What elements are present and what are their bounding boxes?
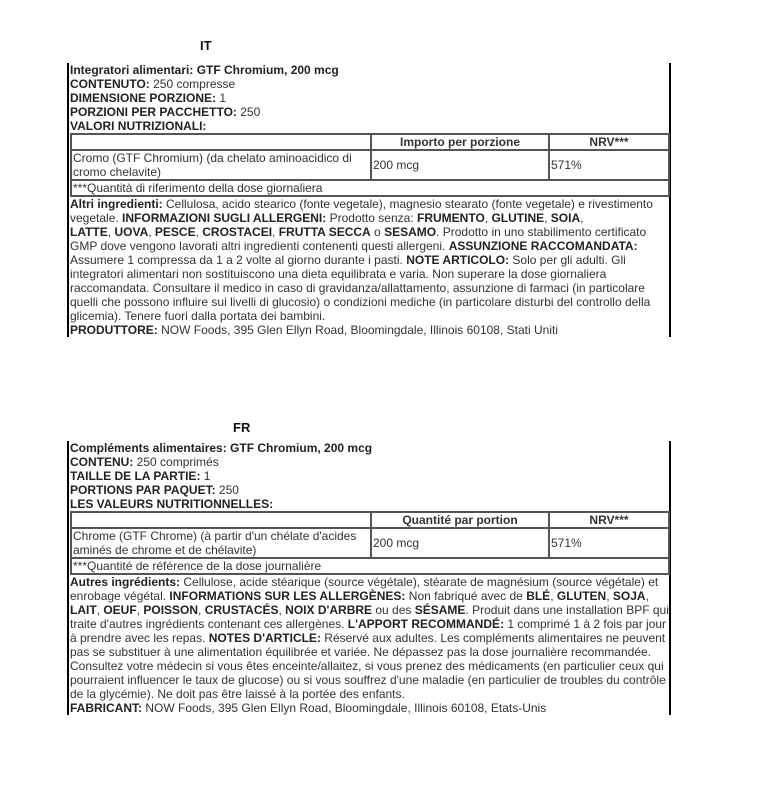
- text-segment: ,: [550, 589, 557, 603]
- bold-label: OEUF: [103, 603, 136, 617]
- text-segment: Assumere 1 compressa da 1 a 2 volte al g…: [70, 253, 406, 267]
- body-text-line: FABRICANT: NOW Foods, 395 Glen Ellyn Roa…: [69, 701, 669, 715]
- nutrient-cell: Cromo (GTF Chromium) (da chelato aminoac…: [71, 150, 371, 180]
- bold-label: FRUMENTO: [417, 211, 485, 225]
- table-row: Chrome (GTF Chrome) (à partir d'un chéla…: [71, 528, 669, 558]
- text-segment: GMP dove vengono lavorati altri ingredie…: [70, 239, 449, 253]
- column-header-nutrient: [71, 512, 371, 528]
- amount-cell: 200 mcg: [371, 528, 549, 558]
- body-text-line: traite d'autres ingrédients contenant ce…: [69, 617, 669, 631]
- bold-label: SESAMO: [384, 225, 436, 239]
- text-segment: 1 comprimé 1 à 2 fois par jour: [504, 617, 666, 631]
- fact-value: 250 compresse: [153, 77, 235, 91]
- product-title: Compléments alimentaires: GTF Chromium, …: [69, 441, 669, 455]
- fact-line-contents: CONTENUTO: 250 compresse: [69, 77, 669, 91]
- fact-value: 1: [219, 91, 226, 105]
- ingredients-and-notes: Altri ingredienti: Cellulosa, acido stea…: [69, 197, 669, 337]
- text-segment: ,: [272, 225, 279, 239]
- label-section-fr: Compléments alimentaires: GTF Chromium, …: [67, 441, 671, 715]
- footnote-cell: ***Quantité de référence de la dose jour…: [71, 558, 669, 574]
- footnote-cell: ***Quantità di riferimento della dose gi…: [71, 180, 669, 196]
- bold-label: FRUTTA SECCA: [279, 225, 371, 239]
- body-text-line: vegetale. INFORMAZIONI SUGLI ALLERGENI: …: [69, 211, 669, 225]
- body-text-line: LATTE, UOVA, PESCE, CROSTACEI, FRUTTA SE…: [69, 225, 669, 239]
- bold-label: INFORMATIONS SUR LES ALLERGÈNES:: [169, 589, 405, 603]
- bold-label: INFORMAZIONI SUGLI ALLERGENI:: [122, 211, 326, 225]
- fact-line-servings-per-pack: PORZIONI PER PACCHETTO: 250: [69, 105, 669, 119]
- nutrition-heading: LES VALEURS NUTRITIONNELLES:: [69, 497, 669, 511]
- bold-label: LAIT: [70, 603, 97, 617]
- fact-value: 250: [240, 105, 260, 119]
- nutrition-table: Importo per porzione NRV*** Cromo (GTF C…: [70, 133, 670, 197]
- table-footnote-row: ***Quantità di riferimento della dose gi…: [71, 180, 669, 196]
- bold-label: Autres ingrédients:: [70, 575, 180, 589]
- text-segment: pas se substituer à une alimentation équ…: [70, 645, 651, 659]
- fact-label: CONTENUTO:: [70, 77, 150, 91]
- body-text-line: glicemia). Tenere fuori dalla portata de…: [69, 309, 669, 323]
- bold-label: FABRICANT:: [70, 701, 142, 715]
- bold-label: UOVA: [114, 225, 148, 239]
- fact-label: PORTIONS PAR PAQUET:: [70, 483, 216, 497]
- text-segment: . Produit dans une installation BPF qui: [465, 603, 668, 617]
- bold-label: CRUSTACÉS: [205, 603, 279, 617]
- fact-line-contents: CONTENU: 250 comprimés: [69, 455, 669, 469]
- product-title: Integratori alimentari: GTF Chromium, 20…: [69, 63, 669, 77]
- body-text-line: Consultez votre médecin si vous êtes enc…: [69, 659, 669, 673]
- text-segment: NOW Foods, 395 Glen Ellyn Road, Blooming…: [142, 701, 546, 715]
- language-heading-it: IT: [200, 38, 212, 54]
- bold-label: PRODUTTORE:: [70, 323, 158, 337]
- fact-line-servings-per-pack: PORTIONS PAR PAQUET: 250: [69, 483, 669, 497]
- text-segment: Consultez votre médecin si vous êtes enc…: [70, 659, 664, 673]
- ingredients-and-notes: Autres ingrédients: Cellulose, acide sté…: [69, 575, 669, 715]
- bold-label: SOJA: [613, 589, 646, 603]
- fact-label: CONTENU:: [70, 455, 133, 469]
- text-segment: ou des: [372, 603, 415, 617]
- bold-label: BLÉ: [526, 589, 550, 603]
- bold-label: ASSUNZIONE RACCOMANDATA:: [449, 239, 638, 253]
- bold-label: NOIX D'ARBRE: [285, 603, 372, 617]
- fact-line-serving-size: TAILLE DE LA PARTIE: 1: [69, 469, 669, 483]
- bold-label: Altri ingredienti:: [70, 197, 163, 211]
- text-segment: à prendre avec les repas.: [70, 631, 209, 645]
- nrv-cell: 571%: [549, 528, 669, 558]
- fact-line-serving-size: DIMENSIONE PORZIONE: 1: [69, 91, 669, 105]
- text-segment: Prodotto senza:: [326, 211, 417, 225]
- text-segment: pourraient influencer le taux de glucose…: [70, 673, 666, 687]
- text-segment: glicemia). Tenere fuori dalla portata de…: [70, 309, 325, 323]
- text-segment: enrobage végétal.: [70, 589, 169, 603]
- body-text-line: GMP dove vengono lavorati altri ingredie…: [69, 239, 669, 253]
- column-header-amount: Importo per porzione: [371, 134, 549, 150]
- table-footnote-row: ***Quantité de référence de la dose jour…: [71, 558, 669, 574]
- text-segment: Non fabriqué avec de: [405, 589, 526, 603]
- bold-label: NOTE ARTICOLO:: [406, 253, 509, 267]
- language-heading-fr: FR: [233, 420, 250, 436]
- bold-label: PESCE: [155, 225, 196, 239]
- bold-label: SOIA: [551, 211, 580, 225]
- body-text-line: de la glycémie). Ne doit pas être laissé…: [69, 687, 669, 701]
- text-segment: traite d'autres ingrédients contenant ce…: [70, 617, 348, 631]
- bold-label: POISSON: [143, 603, 198, 617]
- bold-label: CROSTACEI: [202, 225, 272, 239]
- table-header-row: Importo per porzione NRV***: [71, 134, 669, 150]
- table-header-row: Quantité par portion NRV***: [71, 512, 669, 528]
- body-text-line: PRODUTTORE: NOW Foods, 395 Glen Ellyn Ro…: [69, 323, 669, 337]
- fact-value: 1: [204, 469, 211, 483]
- column-header-amount: Quantité par portion: [371, 512, 549, 528]
- column-header-nutrient: [71, 134, 371, 150]
- text-segment: quelli che possono influire sui livelli …: [70, 295, 650, 309]
- fact-label: DIMENSIONE PORZIONE:: [70, 91, 216, 105]
- nrv-cell: 571%: [549, 150, 669, 180]
- text-segment: de la glycémie). Ne doit pas être laissé…: [70, 687, 405, 701]
- body-text-line: Assumere 1 compressa da 1 a 2 volte al g…: [69, 253, 669, 267]
- bold-label: GLUTINE: [491, 211, 544, 225]
- text-segment: Cellulose, acide stéarique (source végét…: [180, 575, 658, 589]
- label-section-it: Integratori alimentari: GTF Chromium, 20…: [67, 63, 671, 337]
- body-text-line: integratori alimentari non sostituiscono…: [69, 267, 669, 281]
- body-text-line: pas se substituer à une alimentation équ…: [69, 645, 669, 659]
- fact-label: PORZIONI PER PACCHETTO:: [70, 105, 237, 119]
- text-segment: Cellulosa, acido stearico (fonte vegetal…: [163, 197, 653, 211]
- amount-cell: 200 mcg: [371, 150, 549, 180]
- nutrition-table: Quantité par portion NRV*** Chrome (GTF …: [70, 511, 670, 575]
- column-header-nrv: NRV***: [549, 512, 669, 528]
- body-text-line: quelli che possono influire sui livelli …: [69, 295, 669, 309]
- text-segment: ,: [606, 589, 613, 603]
- fact-value: 250: [219, 483, 239, 497]
- text-segment: ,: [646, 589, 649, 603]
- text-segment: NOW Foods, 395 Glen Ellyn Road, Blooming…: [158, 323, 558, 337]
- body-text-line: pourraient influencer le taux de glucose…: [69, 673, 669, 687]
- table-row: Cromo (GTF Chromium) (da chelato aminoac…: [71, 150, 669, 180]
- nutrition-heading: VALORI NUTRIZIONALI:: [69, 119, 669, 133]
- column-header-nrv: NRV***: [549, 134, 669, 150]
- text-segment: . Prodotto in uno stabilimento certifica…: [436, 225, 646, 239]
- bold-label: L'APPORT RECOMMANDÉ:: [348, 617, 504, 631]
- text-segment: o: [371, 225, 384, 239]
- bold-label: GLUTEN: [557, 589, 606, 603]
- body-text-line: enrobage végétal. INFORMATIONS SUR LES A…: [69, 589, 669, 603]
- text-segment: raccomandata. Consultare il medico in ca…: [70, 281, 645, 295]
- body-text-line: LAIT, OEUF, POISSON, CRUSTACÉS, NOIX D'A…: [69, 603, 669, 617]
- text-segment: ,: [148, 225, 155, 239]
- nutrient-cell: Chrome (GTF Chrome) (à partir d'un chéla…: [71, 528, 371, 558]
- body-text-line: à prendre avec les repas. NOTES D'ARTICL…: [69, 631, 669, 645]
- text-segment: Solo per gli adulti. Gli: [509, 253, 626, 267]
- fact-label: TAILLE DE LA PARTIE:: [70, 469, 200, 483]
- text-segment: Réservé aux adultes. Les compléments ali…: [321, 631, 665, 645]
- text-segment: ,: [580, 211, 583, 225]
- text-segment: ,: [198, 603, 205, 617]
- bold-label: LATTE: [70, 225, 108, 239]
- body-text-line: Autres ingrédients: Cellulose, acide sté…: [69, 575, 669, 589]
- fact-value: 250 comprimés: [137, 455, 219, 469]
- bold-label: SÉSAME: [415, 603, 466, 617]
- bold-label: NOTES D'ARTICLE:: [209, 631, 321, 645]
- text-segment: vegetale.: [70, 211, 122, 225]
- text-segment: ,: [544, 211, 551, 225]
- body-text-line: raccomandata. Consultare il medico in ca…: [69, 281, 669, 295]
- text-segment: integratori alimentari non sostituiscono…: [70, 267, 606, 281]
- body-text-line: Altri ingredienti: Cellulosa, acido stea…: [69, 197, 669, 211]
